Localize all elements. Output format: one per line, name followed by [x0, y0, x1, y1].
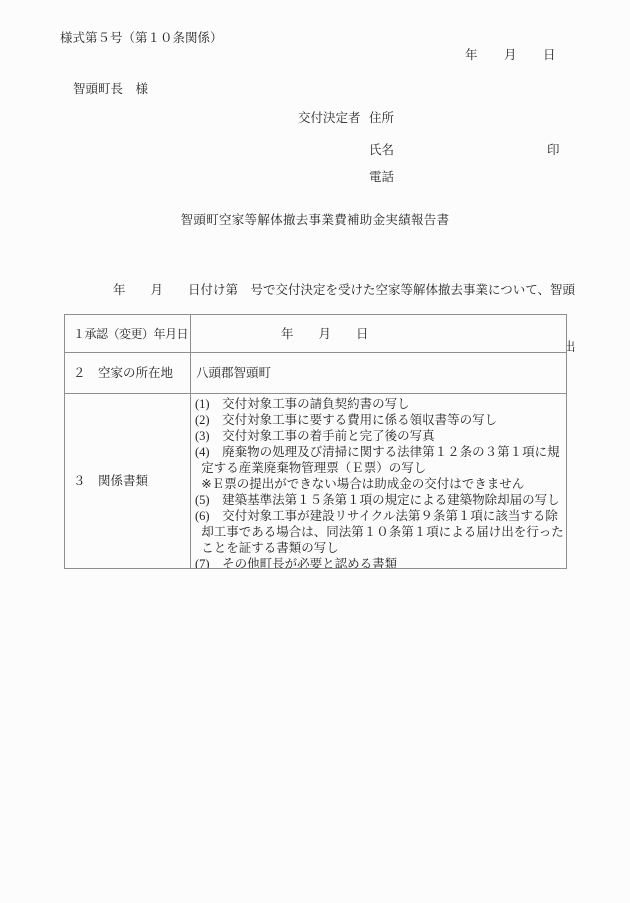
seal-label: 印 [547, 142, 560, 158]
form-number: 様式第５号（第１０条関係） [60, 30, 223, 46]
approval-date-row-label: １承認（変更）年月日 [65, 315, 191, 352]
document-title: 智頭町空家等解体撤去事業費補助金実績報告書 [0, 212, 630, 228]
related-documents-row-value: (1) 交付対象工事の請負契約書の写し (2) 交付対象工事に要する費用に係る領… [191, 393, 566, 568]
report-table: １承認（変更）年月日 年 月 日 ２ 空家の所在地 八頭郡智頭町 ３ 関係書類 … [64, 314, 567, 569]
addressee: 智頭町長 様 [73, 81, 148, 97]
grantee-phone-label: 電話 [369, 169, 394, 185]
grantee-address-label: 住所 [369, 110, 394, 126]
approval-date-row-value: 年 月 日 [191, 315, 566, 352]
vacant-house-location-row-label: ２ 空家の所在地 [65, 352, 191, 393]
issue-date-line: 年 月 日 [465, 47, 556, 63]
document-page: 様式第５号（第１０条関係） 年 月 日 智頭町長 様 交付決定者 住所 氏名 印… [0, 0, 630, 903]
grantee-name-label: 氏名 [369, 142, 394, 158]
grantee-role-label: 交付決定者 [298, 110, 361, 126]
vacant-house-location-row-value: 八頭郡智頭町 [191, 352, 566, 393]
body-paragraph-line: 年 月 日付け第 号で交付決定を受けた空家等解体撤去事業について、智頭 [63, 281, 576, 300]
related-documents-row-label: ３ 関係書類 [65, 393, 191, 568]
